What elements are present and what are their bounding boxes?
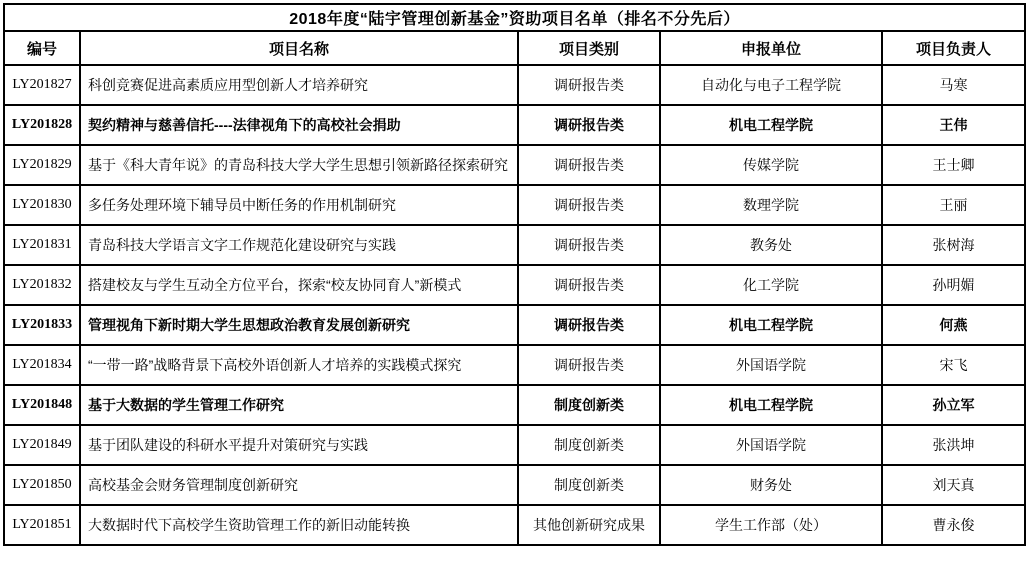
table-row: LY201827 科创竞赛促进高素质应用型创新人才培养研究 调研报告类 自动化与… xyxy=(4,65,1025,105)
project-leader-cell: 何燕 xyxy=(882,305,1025,345)
document-page: 2018年度“陆宇管理创新基金”资助项目名单（排名不分先后） 编号 项目名称 项… xyxy=(0,0,1027,570)
project-category-cell: 调研报告类 xyxy=(518,185,660,225)
project-name-cell: 青岛科技大学语言文字工作规范化建设研究与实践 xyxy=(80,225,518,265)
project-leader-cell: 王丽 xyxy=(882,185,1025,225)
table-row: LY201834 “一带一路”战略背景下高校外语创新人才培养的实践模式探究 调研… xyxy=(4,345,1025,385)
project-leader-cell: 刘天真 xyxy=(882,465,1025,505)
column-header-leader: 项目负责人 xyxy=(882,31,1025,65)
applicant-unit-cell: 传媒学院 xyxy=(660,145,882,185)
applicant-unit-cell: 外国语学院 xyxy=(660,425,882,465)
project-name-cell: 大数据时代下高校学生资助管理工作的新旧动能转换 xyxy=(80,505,518,545)
project-name-cell: 高校基金会财务管理制度创新研究 xyxy=(80,465,518,505)
project-id-cell: LY201828 xyxy=(4,105,80,145)
project-leader-cell: 马寒 xyxy=(882,65,1025,105)
project-id-cell: LY201832 xyxy=(4,265,80,305)
project-id-cell: LY201833 xyxy=(4,305,80,345)
applicant-unit-cell: 自动化与电子工程学院 xyxy=(660,65,882,105)
table-title-row: 2018年度“陆宇管理创新基金”资助项目名单（排名不分先后） xyxy=(4,4,1025,31)
table-row: LY201828 契约精神与慈善信托----法律视角下的高校社会捐助 调研报告类… xyxy=(4,105,1025,145)
table-row: LY201832 搭建校友与学生互动全方位平台，探索“校友协同育人”新模式 调研… xyxy=(4,265,1025,305)
column-header-id: 编号 xyxy=(4,31,80,65)
project-leader-cell: 王伟 xyxy=(882,105,1025,145)
project-name-cell: “一带一路”战略背景下高校外语创新人才培养的实践模式探究 xyxy=(80,345,518,385)
funded-projects-table: 2018年度“陆宇管理创新基金”资助项目名单（排名不分先后） 编号 项目名称 项… xyxy=(3,3,1026,546)
project-category-cell: 制度创新类 xyxy=(518,465,660,505)
column-header-project-name: 项目名称 xyxy=(80,31,518,65)
project-name-cell: 多任务处理环境下辅导员中断任务的作用机制研究 xyxy=(80,185,518,225)
applicant-unit-cell: 机电工程学院 xyxy=(660,105,882,145)
project-id-cell: LY201850 xyxy=(4,465,80,505)
column-header-category: 项目类别 xyxy=(518,31,660,65)
project-category-cell: 其他创新研究成果 xyxy=(518,505,660,545)
project-category-cell: 调研报告类 xyxy=(518,265,660,305)
project-name-cell: 契约精神与慈善信托----法律视角下的高校社会捐助 xyxy=(80,105,518,145)
applicant-unit-cell: 财务处 xyxy=(660,465,882,505)
project-name-cell: 科创竞赛促进高素质应用型创新人才培养研究 xyxy=(80,65,518,105)
project-category-cell: 调研报告类 xyxy=(518,345,660,385)
project-category-cell: 调研报告类 xyxy=(518,65,660,105)
table-row: LY201830 多任务处理环境下辅导员中断任务的作用机制研究 调研报告类 数理… xyxy=(4,185,1025,225)
table-body: LY201827 科创竞赛促进高素质应用型创新人才培养研究 调研报告类 自动化与… xyxy=(4,65,1025,545)
project-name-cell: 管理视角下新时期大学生思想政治教育发展创新研究 xyxy=(80,305,518,345)
table-row: LY201829 基于《科大青年说》的青岛科技大学大学生思想引领新路径探索研究 … xyxy=(4,145,1025,185)
project-id-cell: LY201849 xyxy=(4,425,80,465)
project-name-cell: 搭建校友与学生互动全方位平台，探索“校友协同育人”新模式 xyxy=(80,265,518,305)
column-header-unit: 申报单位 xyxy=(660,31,882,65)
table-row: LY201850 高校基金会财务管理制度创新研究 制度创新类 财务处 刘天真 xyxy=(4,465,1025,505)
project-id-cell: LY201827 xyxy=(4,65,80,105)
table-row: LY201851 大数据时代下高校学生资助管理工作的新旧动能转换 其他创新研究成… xyxy=(4,505,1025,545)
project-leader-cell: 曹永俊 xyxy=(882,505,1025,545)
project-leader-cell: 孙立军 xyxy=(882,385,1025,425)
project-name-cell: 基于大数据的学生管理工作研究 xyxy=(80,385,518,425)
project-leader-cell: 孙明媚 xyxy=(882,265,1025,305)
project-leader-cell: 张洪坤 xyxy=(882,425,1025,465)
applicant-unit-cell: 化工学院 xyxy=(660,265,882,305)
table-row: LY201849 基于团队建设的科研水平提升对策研究与实践 制度创新类 外国语学… xyxy=(4,425,1025,465)
project-id-cell: LY201830 xyxy=(4,185,80,225)
project-category-cell: 制度创新类 xyxy=(518,385,660,425)
project-name-cell: 基于《科大青年说》的青岛科技大学大学生思想引领新路径探索研究 xyxy=(80,145,518,185)
project-category-cell: 调研报告类 xyxy=(518,305,660,345)
project-name-cell: 基于团队建设的科研水平提升对策研究与实践 xyxy=(80,425,518,465)
project-category-cell: 调研报告类 xyxy=(518,145,660,185)
table-row: LY201848 基于大数据的学生管理工作研究 制度创新类 机电工程学院 孙立军 xyxy=(4,385,1025,425)
table-title: 2018年度“陆宇管理创新基金”资助项目名单（排名不分先后） xyxy=(4,4,1025,31)
project-leader-cell: 宋飞 xyxy=(882,345,1025,385)
applicant-unit-cell: 教务处 xyxy=(660,225,882,265)
applicant-unit-cell: 学生工作部（处） xyxy=(660,505,882,545)
applicant-unit-cell: 机电工程学院 xyxy=(660,305,882,345)
project-id-cell: LY201851 xyxy=(4,505,80,545)
project-leader-cell: 张树海 xyxy=(882,225,1025,265)
project-id-cell: LY201831 xyxy=(4,225,80,265)
project-leader-cell: 王士卿 xyxy=(882,145,1025,185)
table-row: LY201831 青岛科技大学语言文字工作规范化建设研究与实践 调研报告类 教务… xyxy=(4,225,1025,265)
project-category-cell: 调研报告类 xyxy=(518,105,660,145)
project-id-cell: LY201829 xyxy=(4,145,80,185)
applicant-unit-cell: 机电工程学院 xyxy=(660,385,882,425)
project-id-cell: LY201834 xyxy=(4,345,80,385)
project-category-cell: 制度创新类 xyxy=(518,425,660,465)
project-id-cell: LY201848 xyxy=(4,385,80,425)
table-header-row: 编号 项目名称 项目类别 申报单位 项目负责人 xyxy=(4,31,1025,65)
applicant-unit-cell: 外国语学院 xyxy=(660,345,882,385)
table-row: LY201833 管理视角下新时期大学生思想政治教育发展创新研究 调研报告类 机… xyxy=(4,305,1025,345)
applicant-unit-cell: 数理学院 xyxy=(660,185,882,225)
project-category-cell: 调研报告类 xyxy=(518,225,660,265)
